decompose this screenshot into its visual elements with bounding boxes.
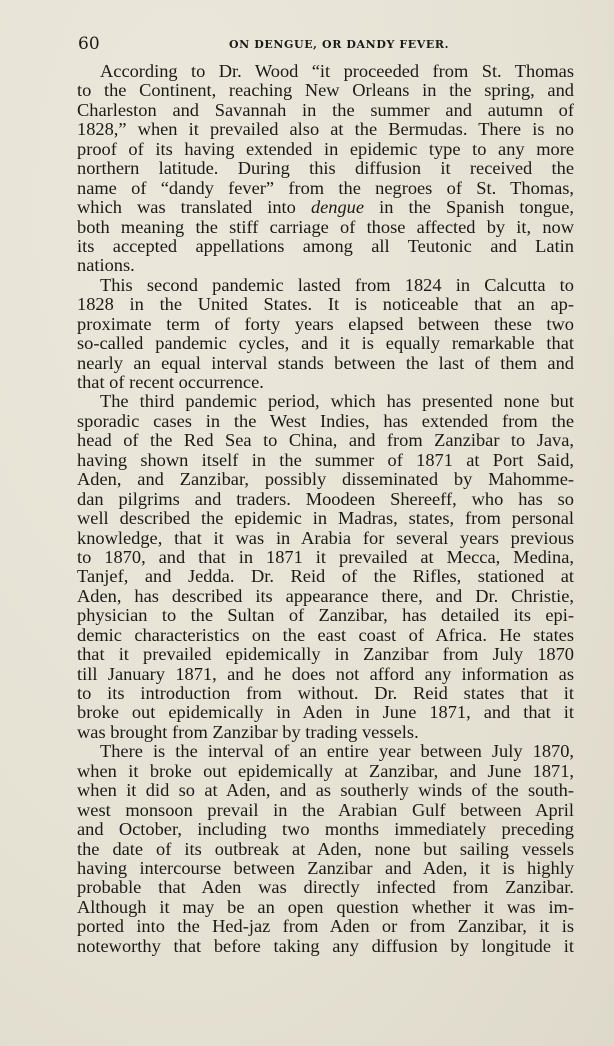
text-line: that it prevailed epidemically in Zanzib… — [77, 645, 574, 664]
text-line: till January 1871, and he does not affor… — [77, 665, 574, 684]
text-line: and October, including two months immedi… — [77, 820, 574, 839]
text-line: sporadic cases in the West Indies, has e… — [77, 412, 574, 431]
italic-term: dengue — [311, 197, 364, 217]
text-line: the date of its outbreak at Aden, none b… — [77, 840, 574, 859]
page-header: 60 ON DENGUE, OR DANDY FEVER. — [78, 34, 574, 54]
text-line: nations. — [77, 256, 574, 275]
running-head: ON DENGUE, OR DANDY FEVER. — [78, 36, 574, 54]
text-line: when it did so at Aden, and as southerly… — [77, 781, 574, 800]
text-line: proximate term of forty years elapsed be… — [77, 315, 574, 334]
text-line: physician to the Sultan of Zanzibar, has… — [77, 606, 574, 625]
text-line: nearly an equal interval stands between … — [77, 354, 574, 373]
text-line: proof of its having extended in epidemic… — [77, 140, 574, 159]
text-line: There is the interval of an entire year … — [77, 742, 574, 761]
text-line: The third pandemic period, which has pre… — [77, 392, 574, 411]
text-line: when it broke out epidemically at Zanzib… — [77, 762, 574, 781]
text-line: to the Continent, reaching New Orleans i… — [77, 81, 574, 100]
text-line: that of recent occurrence. — [77, 373, 574, 392]
text-line: demic characteristics on the east coast … — [77, 626, 574, 645]
text-line: 1828 in the United States. It is noticea… — [77, 295, 574, 314]
text-line: 1828,” when it prevailed also at the Ber… — [77, 120, 574, 139]
text-line: head of the Red Sea to China, and from Z… — [77, 431, 574, 450]
text-line: so-called pandemic cycles, and it is equ… — [77, 334, 574, 353]
text-line: well described the epidemic in Madras, s… — [77, 509, 574, 528]
text-line: Tanjef, and Jedda. Dr. Reid of the Rifle… — [77, 567, 574, 586]
text-line: northern latitude. During this diffusion… — [77, 159, 574, 178]
body-text: According to Dr. Wood “it proceeded from… — [77, 62, 574, 956]
text-line: Aden, and Zanzibar, possibly disseminate… — [77, 470, 574, 489]
text-line: This second pandemic lasted from 1824 in… — [77, 276, 574, 295]
text-line-with-italic: which was translated into dengue in the … — [77, 198, 574, 217]
text-line: According to Dr. Wood “it proceeded from… — [77, 62, 574, 81]
text-line: west monsoon prevail in the Arabian Gulf… — [77, 801, 574, 820]
text-line: name of “dandy fever” from the negroes o… — [77, 179, 574, 198]
text-line: Aden, has described its appearance there… — [77, 587, 574, 606]
text-line: its accepted appellations among all Teut… — [77, 237, 574, 256]
text-line: dan pilgrims and traders. Moodeen Sheree… — [77, 490, 574, 509]
text-line: knowledge, that it was in Arabia for sev… — [77, 529, 574, 548]
text-line: was brought from Zanzibar by trading ves… — [77, 723, 574, 742]
text-line: noteworthy that before taking any diffus… — [77, 937, 574, 956]
text-line: both meaning the stiff carriage of those… — [77, 218, 574, 237]
text-fragment: in the Spanish tongue, — [364, 197, 574, 217]
text-line: broke out epidemically in Aden in June 1… — [77, 703, 574, 722]
text-line: Charleston and Savannah in the summer an… — [77, 101, 574, 120]
text-line: to its introduction from without. Dr. Re… — [77, 684, 574, 703]
text-line: ported into the Hed-jaz from Aden or fro… — [77, 917, 574, 936]
text-line: having intercourse between Zanzibar and … — [77, 859, 574, 878]
text-line: probable that Aden was directly infected… — [77, 878, 574, 897]
text-line: to 1870, and that in 1871 it prevailed a… — [77, 548, 574, 567]
text-line: Although it may be an open question whet… — [77, 898, 574, 917]
text-fragment: which was translated into — [77, 197, 311, 217]
text-line: having shown itself in the summer of 187… — [77, 451, 574, 470]
